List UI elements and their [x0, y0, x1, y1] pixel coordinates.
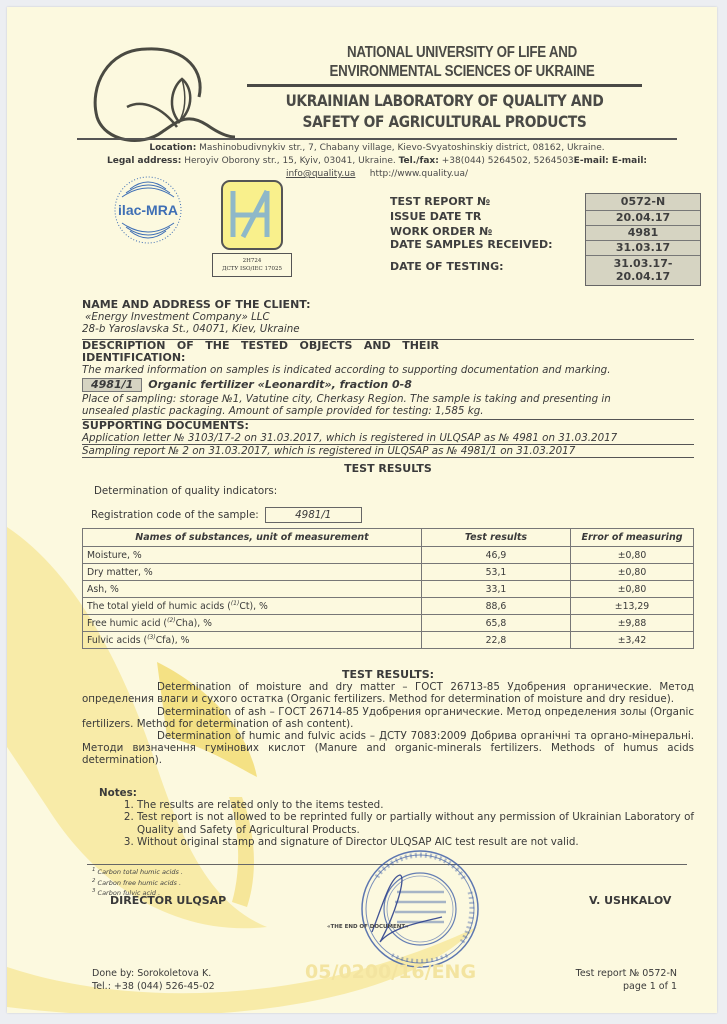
substance-name: Ash, % — [83, 581, 422, 598]
note-item: The results are related only to the item… — [137, 799, 694, 811]
legal-address: Heroyiv Oborony str., 15, Kyiv, 03041, U… — [184, 156, 395, 166]
note-item: Test report is not allowed to be reprint… — [137, 811, 694, 835]
sampling-place: Place of sampling: storage №1, Vatutine … — [82, 393, 694, 405]
test-result-value: 88,6 — [422, 598, 571, 615]
report-field-values: 0572-N 20.04.17 4981 31.03.17 31.03.17-2… — [585, 193, 701, 286]
error-value: ±0,80 — [571, 564, 694, 581]
substance-name: Fulvic acids ((3)Cfa), % — [83, 632, 422, 649]
website-link[interactable]: http://www.quality.ua/ — [370, 169, 468, 179]
q-leaf-logo-icon — [87, 37, 237, 147]
ilac-mra-logo-icon: ilac-MRA — [110, 175, 186, 245]
official-stamp-icon — [352, 847, 487, 972]
test-result-value: 46,9 — [422, 547, 571, 564]
table-row: The total yield of humic acids ((1)Ct), … — [83, 598, 694, 615]
university-line-1: NATIONAL UNIVERSITY OF LIFE AND — [294, 43, 629, 62]
client-heading: NAME AND ADDRESS OF THE CLIENT: — [82, 299, 694, 311]
methods-heading: TEST RESULTS: — [82, 669, 694, 681]
university-line-2: ENVIRONMENTAL SCIENCES OF UKRAINE — [294, 62, 629, 81]
location: Mashinobudivnykiv str., 7, Chabany villa… — [199, 143, 604, 153]
error-value: ±0,80 — [571, 547, 694, 564]
prepared-by: Done by: Sorokoletova K. Tel.: +38 (044)… — [92, 967, 215, 993]
sample-id-box: 4981/1 — [82, 378, 142, 392]
error-value: ±9,88 — [571, 615, 694, 632]
page-info: Test report № 0572-N page 1 of 1 — [527, 967, 677, 993]
test-results-heading: TEST RESULTS — [82, 463, 694, 475]
email-link[interactable]: info@quality.ua — [286, 169, 355, 179]
header-divider — [247, 84, 642, 87]
marked-info: The marked information on samples is ind… — [82, 364, 694, 376]
label-work-order: WORK ORDER № — [390, 225, 553, 238]
error-value: ±0,80 — [571, 581, 694, 598]
document-page: NATIONAL UNIVERSITY OF LIFE AND ENVIRONM… — [7, 7, 717, 1013]
label-test-report: TEST REPORT № — [390, 195, 553, 208]
method-ash: Determination of ash – ГОСТ 26714-85 Удо… — [82, 706, 694, 730]
value-issue-date: 20.04.17 — [586, 211, 700, 226]
methods-section: TEST RESULTS: Determination of moisture … — [82, 669, 694, 767]
lab-line-2: SAFETY OF AGRICULTURAL PRODUCTS — [262, 111, 628, 132]
director-title: DIRECTOR ULQSAP — [110, 894, 226, 907]
supporting-heading: SUPPORTING DOCUMENTS: — [82, 420, 694, 432]
signer-name: V. USHKALOV — [589, 894, 671, 907]
error-value: ±3,42 — [571, 632, 694, 649]
determination-label: Determination of quality indicators: — [94, 485, 706, 497]
value-test-report: 0572-N — [586, 194, 700, 211]
table-row: Free humic acid ((2)Cha), %65,8±9,88 — [83, 615, 694, 632]
label-date-testing: DATE OF TESTING: — [390, 260, 553, 273]
end-of-document: «THE END OF DOCUMENT» — [327, 924, 409, 930]
footnote-1: Carbon total humic acids . — [98, 868, 183, 876]
notes-section: Notes: The results are related only to t… — [84, 787, 694, 848]
error-value: ±13,29 — [571, 598, 694, 615]
label-date-received: DATE SAMPLES RECEIVED: — [390, 238, 553, 251]
page-number: page 1 of 1 — [527, 980, 677, 993]
lab-line-1: UKRAINIAN LABORATORY OF QUALITY AND — [262, 90, 628, 111]
registration-code-box: 4981/1 — [265, 507, 362, 523]
column-header-substance: Names of substances, unit of measurement — [83, 529, 422, 547]
table-row: Ash, %33,1±0,80 — [83, 581, 694, 598]
done-by: Done by: Sorokoletova K. — [92, 967, 215, 980]
sampling-amount: unsealed plastic packaging. Amount of sa… — [82, 405, 694, 417]
substance-name: Dry matter, % — [83, 564, 422, 581]
university-title: NATIONAL UNIVERSITY OF LIFE AND ENVIRONM… — [294, 43, 629, 81]
telephone: +38(044) 5264502, 5264503 — [442, 156, 574, 166]
ua-accreditation-logo-icon — [221, 180, 283, 250]
footer-report-number: Test report № 0572-N — [527, 967, 677, 980]
supporting-doc-2: Sampling report № 2 on 31.03.2017, which… — [82, 445, 694, 458]
test-result-value: 22,8 — [422, 632, 571, 649]
registration-code: Registration code of the sample:4981/1 — [91, 507, 703, 523]
test-result-value: 53,1 — [422, 564, 571, 581]
table-row: Moisture, %46,9±0,80 — [83, 547, 694, 564]
footnote-2: Carbon free humic acids . — [98, 879, 182, 887]
value-work-order: 4981 — [586, 226, 700, 241]
value-date-received: 31.03.17 — [586, 241, 700, 256]
table-row: Fulvic acids ((3)Cfa), %22,8±3,42 — [83, 632, 694, 649]
accreditation-certificate-box: 2H724 ДСТУ ISO/IEC 17025 — [212, 253, 292, 277]
substance-name: The total yield of humic acids ((1)Ct), … — [83, 598, 422, 615]
table-row: Dry matter, %53,1±0,80 — [83, 564, 694, 581]
header-bottom-divider — [77, 138, 677, 140]
substance-name: Free humic acid ((2)Cha), % — [83, 615, 422, 632]
supporting-doc-1: Application letter № 3103/17-2 on 31.03.… — [82, 432, 694, 445]
sample-name: Organic fertilizer «Leonardit», fraction… — [148, 378, 412, 391]
client-name: «Energy Investment Company» LLC — [82, 311, 694, 323]
label-issue-date: ISSUE DATE TR — [390, 210, 553, 223]
svg-text:ilac-MRA: ilac-MRA — [118, 202, 178, 218]
column-header-result: Test results — [422, 529, 571, 547]
test-result-value: 65,8 — [422, 615, 571, 632]
substance-name: Moisture, % — [83, 547, 422, 564]
test-result-value: 33,1 — [422, 581, 571, 598]
report-field-labels: TEST REPORT № ISSUE DATE TR WORK ORDER №… — [390, 195, 553, 273]
method-moisture: Determination of moisture and dry matter… — [82, 681, 694, 705]
description-section: DESCRIPTION OF THE TESTED OBJECTS AND TH… — [82, 340, 694, 417]
client-section: NAME AND ADDRESS OF THE CLIENT: «Energy … — [82, 299, 694, 335]
client-address: 28-b Yaroslavska St., 04071, Kiev, Ukrai… — [82, 323, 694, 335]
form-code-watermark: 05/0200/16/ENG — [305, 961, 476, 983]
done-by-phone: Tel.: +38 (044) 526-45-02 — [92, 980, 215, 993]
results-table: Names of substances, unit of measurement… — [82, 528, 694, 649]
lab-title: UKRAINIAN LABORATORY OF QUALITY AND SAFE… — [262, 90, 628, 132]
notes-heading: Notes: — [84, 787, 694, 799]
value-date-testing: 31.03.17-20.04.17 — [586, 256, 700, 285]
column-header-error: Error of measuring — [571, 529, 694, 547]
supporting-documents: SUPPORTING DOCUMENTS: Application letter… — [82, 420, 694, 458]
method-humic: Determination of humic and fulvic acids … — [82, 730, 694, 767]
